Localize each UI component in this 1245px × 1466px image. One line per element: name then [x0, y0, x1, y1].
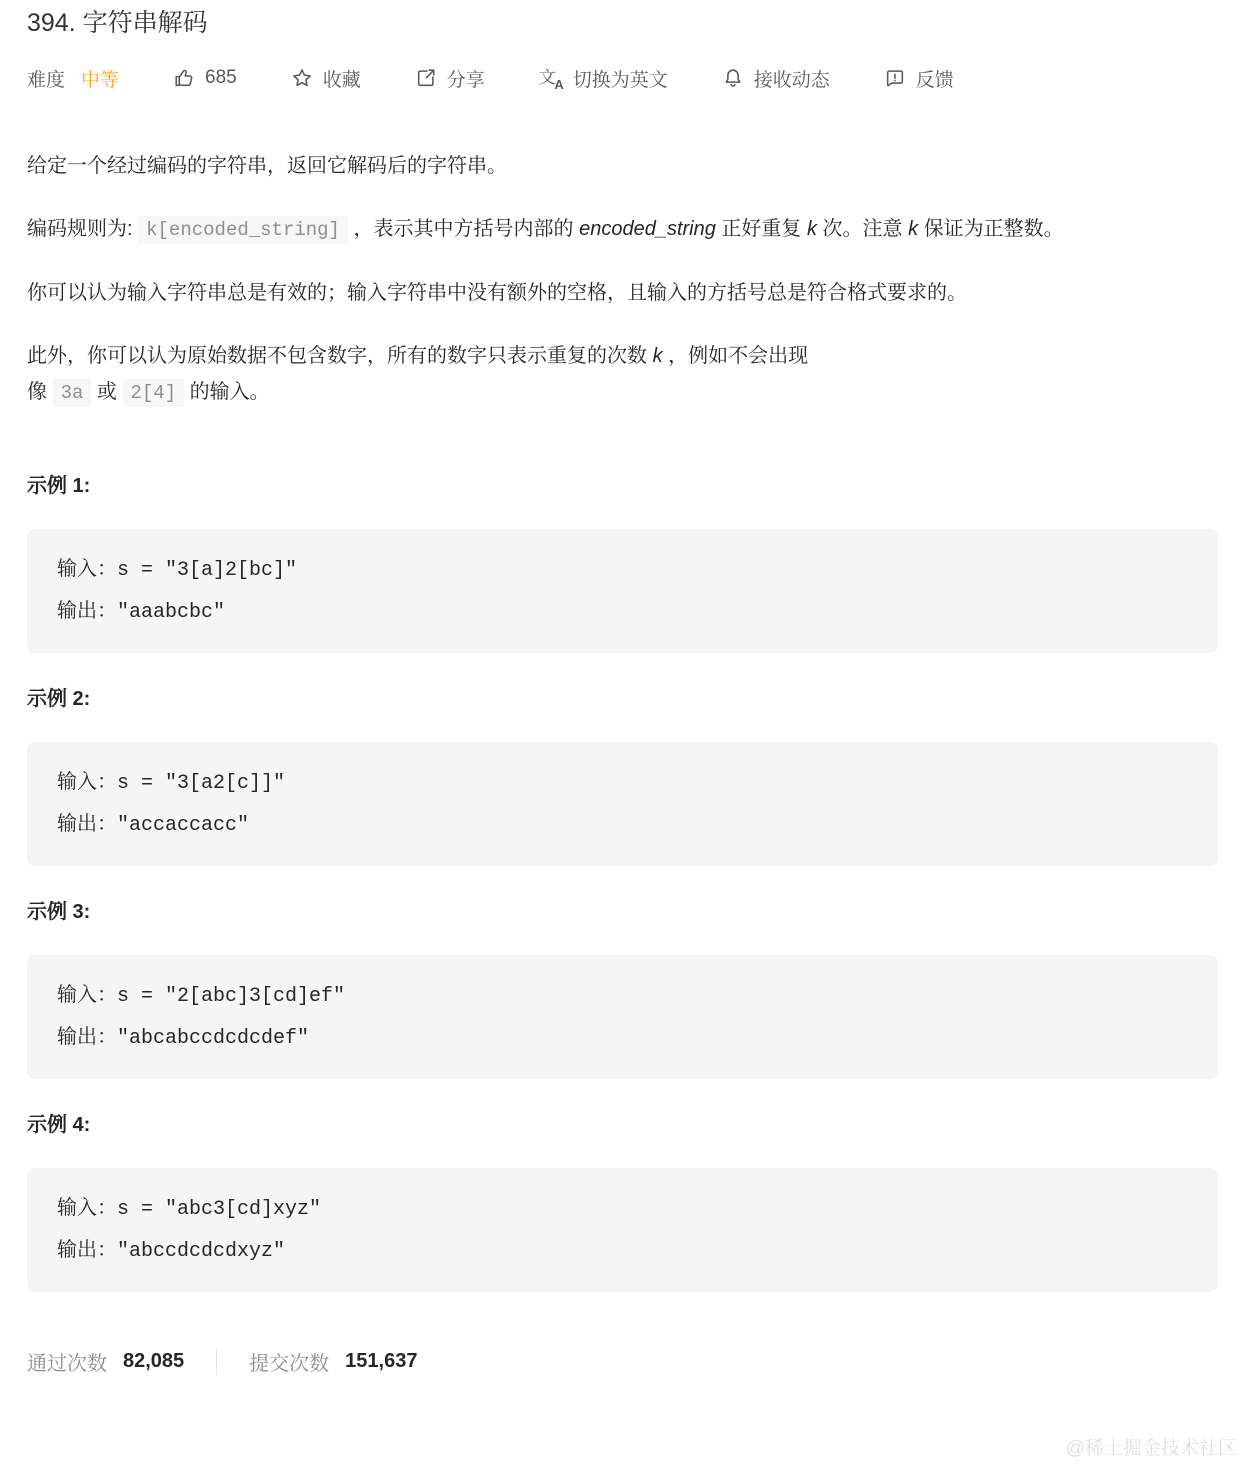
description-paragraph: 编码规则为: k[encoded_string] ，表示其中方括号内部的 enc…: [27, 211, 1218, 248]
switch-language-button[interactable]: 文 A 切换为英文: [539, 65, 668, 92]
description-text: 的输入。: [184, 381, 270, 403]
io-label: 输入：: [57, 1197, 117, 1219]
description-text: 你可以认为输入字符串总是有效的；输入字符串中没有额外的空格，且输入的方括号总是符…: [27, 282, 967, 304]
italic-term: k: [653, 345, 663, 367]
io-code: "accaccacc": [117, 814, 249, 837]
io-label: 输出：: [57, 1026, 117, 1048]
problem-page: 394. 字符串解码 难度 中等 685 收藏: [0, 0, 1245, 1376]
io-code: s = "abc3[cd]xyz": [117, 1198, 321, 1221]
io-label: 输出：: [57, 600, 117, 622]
toolbar: 难度 中等 685 收藏: [27, 60, 1218, 96]
inline-code: 3a: [53, 379, 92, 407]
inline-code: k[encoded_string]: [138, 216, 348, 244]
examples-section: 示例 1: 输入：s = "3[a]2[bc]"输出："aaabcbc" 示例 …: [27, 473, 1218, 1292]
example-box: 输入：s = "3[a]2[bc]"输出："aaabcbc": [27, 529, 1218, 653]
description-text: 正好重复: [716, 218, 807, 240]
share-button[interactable]: 分享: [415, 65, 485, 92]
example-heading: 示例 3:: [27, 899, 1218, 925]
io-code: s = "2[abc]3[cd]ef": [117, 985, 345, 1008]
submissions-count: 151,637: [345, 1350, 417, 1373]
description-paragraph: 给定一个经过编码的字符串，返回它解码后的字符串。: [27, 148, 1218, 184]
io-label: 输入：: [57, 558, 117, 580]
italic-term: k: [908, 218, 918, 240]
example-box: 输入：s = "3[a2[c]]"输出："accaccacc": [27, 742, 1218, 866]
io-label: 输入：: [57, 771, 117, 793]
share-label: 分享: [447, 65, 485, 92]
example-heading: 示例 2:: [27, 686, 1218, 712]
example-line: 输入：s = "abc3[cd]xyz": [57, 1188, 1188, 1230]
star-icon: [291, 67, 313, 89]
thumbs-up-icon: [173, 67, 195, 89]
accepted-label: 通过次数: [27, 1347, 107, 1376]
io-code: "abcabccdcdcdef": [117, 1027, 309, 1050]
description-text: 次。注意: [817, 218, 908, 240]
submissions-label: 提交次数: [249, 1347, 329, 1376]
example-box: 输入：s = "2[abc]3[cd]ef"输出："abcabccdcdcdef…: [27, 955, 1218, 1079]
switch-language-label: 切换为英文: [573, 65, 668, 92]
example-line: 输出："accaccacc": [57, 804, 1188, 846]
description-text: 或: [91, 381, 122, 403]
translate-icon-main: 文: [539, 63, 556, 88]
footer-stats: 通过次数 82,085 提交次数 151,637: [27, 1347, 1218, 1376]
io-code: s = "3[a2[c]]": [117, 772, 285, 795]
like-count: 685: [205, 67, 237, 89]
description-text: 编码规则为:: [27, 218, 138, 240]
example-section: 示例 2: 输入：s = "3[a2[c]]"输出："accaccacc": [27, 686, 1218, 866]
italic-term: encoded_string: [579, 218, 716, 240]
description-text: 像: [27, 381, 53, 403]
difficulty-group: 难度 中等: [27, 65, 119, 92]
io-label: 输入：: [57, 984, 117, 1006]
bell-icon: [722, 67, 744, 89]
description-text: 此外，你可以认为原始数据不包含数字，所有的数字只表示重复的次数: [27, 345, 653, 367]
feedback-label: 反馈: [916, 65, 954, 92]
example-line: 输入：s = "3[a]2[bc]": [57, 549, 1188, 591]
example-line: 输出："aaabcbc": [57, 591, 1188, 633]
description-text: 保证为正整数。: [918, 218, 1064, 240]
example-section: 示例 1: 输入：s = "3[a]2[bc]"输出："aaabcbc": [27, 473, 1218, 653]
example-section: 示例 3: 输入：s = "2[abc]3[cd]ef"输出："abcabccd…: [27, 899, 1218, 1079]
difficulty-label: 难度: [27, 65, 65, 92]
translate-icon: 文 A: [539, 66, 563, 90]
io-label: 输出：: [57, 1239, 117, 1261]
description-text: ，表示其中方括号内部的: [348, 218, 579, 240]
like-button[interactable]: 685: [173, 67, 237, 89]
favorite-button[interactable]: 收藏: [291, 65, 361, 92]
stats-divider: [216, 1349, 217, 1375]
italic-term: k: [807, 218, 817, 240]
io-code: "aaabcbc": [117, 601, 225, 624]
example-section: 示例 4: 输入：s = "abc3[cd]xyz"输出："abccdcdcdx…: [27, 1112, 1218, 1292]
subscribe-label: 接收动态: [754, 65, 830, 92]
difficulty-badge: 中等: [81, 65, 119, 92]
page-title: 394. 字符串解码: [27, 6, 1218, 40]
share-icon: [415, 67, 437, 89]
problem-description: 给定一个经过编码的字符串，返回它解码后的字符串。编码规则为: k[encoded…: [27, 148, 1218, 411]
description-text: ，例如不会出现: [663, 345, 809, 367]
description-paragraph: 此外，你可以认为原始数据不包含数字，所有的数字只表示重复的次数 k ，例如不会出…: [27, 338, 1218, 411]
inline-code: 2[4]: [123, 379, 185, 407]
example-heading: 示例 1:: [27, 473, 1218, 499]
accepted-count: 82,085: [123, 1350, 184, 1373]
example-line: 输入：s = "3[a2[c]]": [57, 762, 1188, 804]
watermark: @稀土掘金技术社区: [1066, 1433, 1237, 1460]
io-label: 输出：: [57, 813, 117, 835]
description-paragraph: 你可以认为输入字符串总是有效的；输入字符串中没有额外的空格，且输入的方括号总是符…: [27, 275, 1218, 311]
io-code: s = "3[a]2[bc]": [117, 559, 297, 582]
feedback-bubble-icon: [884, 67, 906, 89]
example-line: 输出："abcabccdcdcdef": [57, 1017, 1188, 1059]
example-line: 输入：s = "2[abc]3[cd]ef": [57, 975, 1188, 1017]
example-box: 输入：s = "abc3[cd]xyz"输出："abccdcdcdxyz": [27, 1168, 1218, 1292]
io-code: "abccdcdcdxyz": [117, 1240, 285, 1263]
example-heading: 示例 4:: [27, 1112, 1218, 1138]
feedback-button[interactable]: 反馈: [884, 65, 954, 92]
favorite-label: 收藏: [323, 65, 361, 92]
description-text: 给定一个经过编码的字符串，返回它解码后的字符串。: [27, 155, 507, 177]
translate-icon-sub: A: [554, 77, 563, 92]
example-line: 输出："abccdcdcdxyz": [57, 1230, 1188, 1272]
subscribe-button[interactable]: 接收动态: [722, 65, 830, 92]
